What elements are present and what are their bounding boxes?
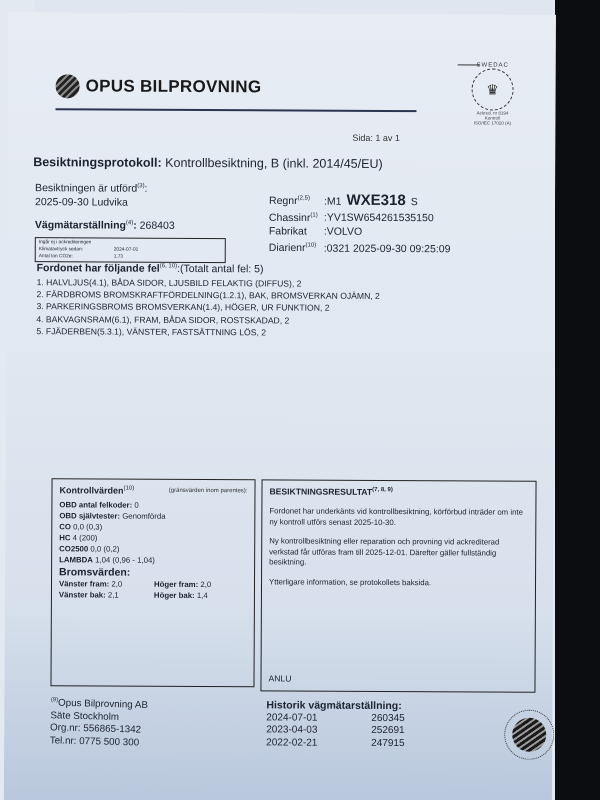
globe-icon [512, 718, 546, 752]
brake-value: Höger fram: 2,0 [154, 579, 249, 590]
page-indicator: Sida: 1 av 1 [352, 133, 400, 143]
three-crowns-icon: ♛ [471, 68, 513, 110]
document-title: Besiktningsprotokoll: Kontrollbesiktning… [33, 155, 383, 171]
faults-heading: Fordonet har följande fel(6, 10):(Totalt… [37, 262, 264, 275]
inspector-signature: ANLU [268, 673, 291, 683]
climate-compensation-badge [504, 710, 554, 760]
accreditation-line: ISO/IEC 17020 (A) [462, 120, 522, 125]
result-heading: BESIKTNINGSRESULTAT(7, 8, 9) [269, 486, 528, 497]
registration-plate: WXE318 [346, 193, 405, 207]
registration-number: Regnr(2,5) :M1 WXE318 S [269, 191, 451, 208]
climate-row: Antal ton CO2e: 1,73 [39, 253, 222, 261]
company-logo: OPUS BILPROVNING [56, 74, 262, 99]
odometer-label: Vägmätarställning [35, 219, 126, 231]
inspection-result-box: BESIKTNINGSRESULTAT(7, 8, 9) Fordonet ha… [260, 479, 536, 692]
control-values-heading: Kontrollvärden(10) (gränsvärden inom par… [59, 485, 247, 496]
brake-value: Vänster fram: 2,0 [59, 578, 154, 589]
vehicle-make: Fabrikat :VOLVO [269, 224, 451, 239]
climate-footprint-box: Ingår ej i ackrediteringen Klimatavtryck… [35, 237, 226, 263]
brake-value: Vänster bak: 2,1 [59, 589, 154, 600]
odometer-history: Historik vägmätarställning: 2024-07-0126… [266, 699, 431, 750]
control-values-box: Kontrollvärden(10) (gränsvärden inom par… [50, 478, 255, 687]
odometer-history-row: 2022-02-21247915 [266, 737, 431, 750]
document-title-value: Kontrollbesiktning, B (inkl. 2014/45/EU) [165, 156, 383, 171]
limit-values-note: (gränsvärden inom parentes): [169, 486, 248, 496]
chassis-number: Chassinr(1) :YV1SW654261535150 [269, 208, 451, 225]
inspection-performed-value: 2025-09-30 Ludvika [35, 196, 128, 208]
result-paragraph: Ny kontrollbesiktning eller reparation o… [269, 536, 528, 569]
faults-list: 1. HALVLJUS(4.1), BÅDA SIDOR, LJUSBILD F… [36, 276, 380, 339]
header-divider [55, 108, 416, 112]
result-paragraph: Fordonet har underkänts vid kontrollbesi… [269, 506, 528, 528]
odometer-history-row: 2023-04-03252691 [266, 724, 431, 737]
control-value-row: LAMBDA 1,04 (0,96 - 1,04) [59, 554, 247, 566]
document-title-label: Besiktningsprotokoll: [33, 155, 162, 170]
company-phone: Tel.nr: 0775 500 300 [50, 735, 147, 750]
accreditation-badge: SWEDAC ♛ Ackred. nr 8194 Kontroll ISO/IE… [462, 62, 522, 134]
odometer-value: 268403 [140, 220, 175, 232]
vehicle-info: Regnr(2,5) :M1 WXE318 S Chassinr(1) :YV1… [269, 191, 451, 255]
odometer-reading: Vägmätarställning(4): 268403 [35, 219, 175, 232]
diary-number: Diarienr(10) :0321 2025-09-30 09:25:09 [269, 238, 451, 255]
accreditation-name: SWEDAC [463, 62, 523, 68]
company-logo-text: OPUS BILPROVNING [86, 76, 262, 97]
inspection-performed-label: Besiktningen är utförd(3): [35, 182, 147, 195]
globe-icon [56, 74, 80, 98]
brake-value: Höger bak: 1,4 [154, 590, 249, 601]
result-paragraph: Ytterligare information, se protokollets… [269, 577, 528, 589]
odometer-history-heading: Historik vägmätarställning: [266, 699, 431, 712]
inspection-protocol-document: OPUS BILPROVNING SWEDAC ♛ Ackred. nr 819… [4, 12, 556, 800]
fault-item: 5. FJÄDERBEN(5.3.1), VÄNSTER, FASTSÄTTNI… [36, 325, 379, 339]
brake-values: Vänster fram: 2,0 Höger fram: 2,0 Vänste… [59, 578, 247, 601]
brake-values-heading: Bromsvärden: [59, 566, 247, 579]
odometer-history-row: 2024-07-01260345 [266, 712, 431, 725]
company-info: (9)Opus Bilprovning AB Säte Stockholm Or… [50, 694, 149, 750]
